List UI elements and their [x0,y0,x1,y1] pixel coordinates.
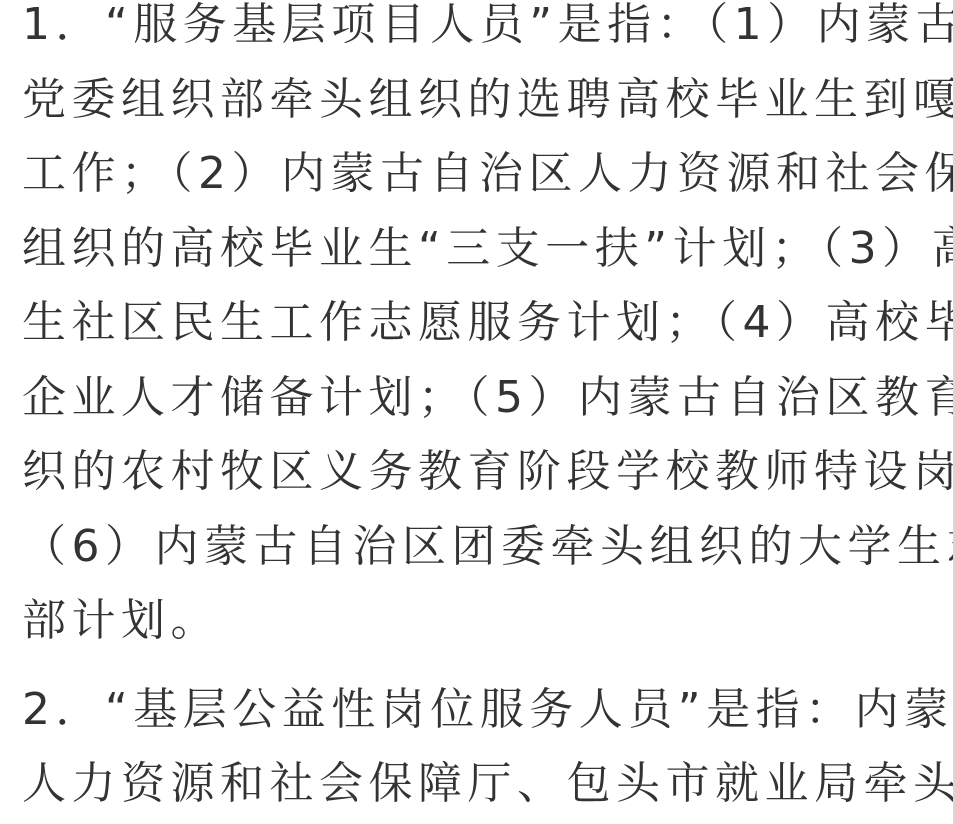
paragraph-2: 2．“基层公益性岗位服务人员”是指：内蒙古自治区 人力资源和社会保障厅、包头市就… [22,673,934,822]
paragraph-spacer [22,659,934,673]
text-line: 织的农村牧区义务教育阶段学校教师特设岗位计划； [22,435,934,510]
text-line: 党委组织部牵头组织的选聘高校毕业生到嘎查村任职 [22,63,934,138]
text-line: 1．“服务基层项目人员”是指：（1）内蒙古自治区 [22,0,934,63]
text-line: 组织的高校毕业生“三支一扶”计划；（3）高校毕业 [22,212,934,287]
text-line: 工作；（2）内蒙古自治区人力资源和社会保障厅牵头 [22,137,934,212]
text-line: 部计划。 [22,584,934,659]
text-line: 企业人才储备计划；（5）内蒙古自治区教育厅牵头组 [22,361,934,436]
document-body: 1．“服务基层项目人员”是指：（1）内蒙古自治区 党委组织部牵头组织的选聘高校毕… [22,0,934,822]
paragraph-1: 1．“服务基层项目人员”是指：（1）内蒙古自治区 党委组织部牵头组织的选聘高校毕… [22,0,934,659]
text-line: （6）内蒙古自治区团委牵头组织的大学生志愿服务西 [22,510,934,585]
text-line: 人力资源和社会保障厅、包头市就业局牵头招募贫困家 [22,747,934,822]
text-line: 2．“基层公益性岗位服务人员”是指：内蒙古自治区 [22,673,934,748]
text-line: 生社区民生工作志愿服务计划；（4）高校毕业生中小 [22,286,934,361]
